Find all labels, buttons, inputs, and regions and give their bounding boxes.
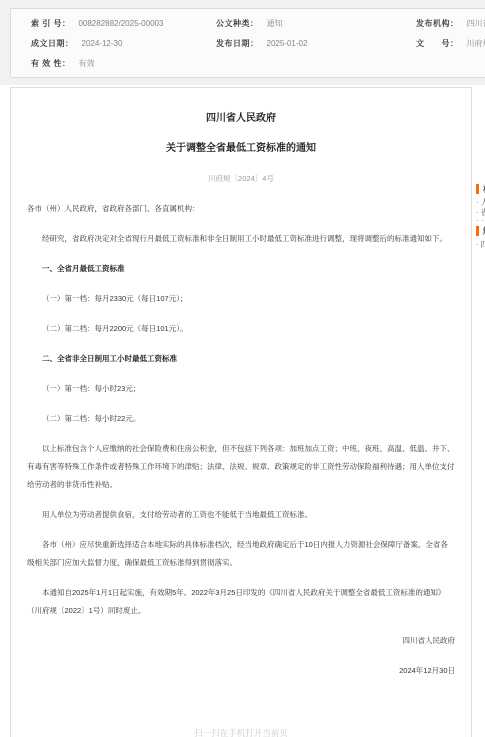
meta-field: 发布日期：2025-01-02 <box>216 33 416 53</box>
meta-field-label: 文 号： <box>416 38 459 49</box>
doc-paragraph-indent: 本通知自2025年1月1日起实施，有效期5年。2022年3月25日印发的《四川省… <box>27 584 455 620</box>
doc-paragraph-indent: 以上标准包含个人应缴纳的社会保险费和住房公积金，但不包括下列各项：加班加点工资；… <box>27 440 455 494</box>
section-accent-bar-icon <box>476 226 479 236</box>
meta-field-value: 2024-12-30 <box>82 39 123 48</box>
section-accent-bar-icon <box>476 184 479 194</box>
sidebar-section: 解四 <box>476 225 485 253</box>
meta-field-label: 发布日期： <box>216 38 259 49</box>
doc-paragraph-indent: 经研究，省政府决定对全省现行月最低工资标准和非全日制用工小时最低工资标准进行调整… <box>27 230 455 248</box>
doc-paragraph-indent: （一）第一档：每月2330元（每日107元）； <box>27 290 455 308</box>
scan-qr-footer-text: 扫一扫在手机打开当前页 <box>10 727 472 737</box>
sidebar-link[interactable]: 省 <box>476 208 485 218</box>
meta-field-label: 索 引 号： <box>31 18 70 29</box>
doc-paragraph-title: 四川省人民政府 <box>27 110 455 128</box>
meta-field-value: 008282882/2025-00003 <box>78 19 163 28</box>
sidebar-section-header: 解 <box>476 225 485 237</box>
doc-paragraph-signature: 四川省人民政府 <box>27 632 455 650</box>
doc-paragraph-title: 关于调整全省最低工资标准的通知 <box>27 140 455 158</box>
meta-field-value: 通知 <box>267 18 283 29</box>
sidebar-section-header: 相 <box>476 183 485 195</box>
doc-paragraph-heading: 一、全省月最低工资标准 <box>27 260 455 278</box>
doc-paragraph-plain: 各市（州）人民政府，省政府各部门、各直属机构： <box>27 200 455 218</box>
doc-paragraph-indent: （二）第二档：每小时22元。 <box>27 410 455 428</box>
meta-field: 成文日期：2024-12-30 <box>31 33 216 53</box>
meta-field: 发布机构：四川省人民政府 <box>416 13 485 33</box>
sidebar-link[interactable]: 人 <box>476 198 485 208</box>
meta-field: 索 引 号：008282882/2025-00003 <box>31 13 216 33</box>
doc-paragraph-indent: 用人单位为劳动者提供食宿，支付给劳动者的工资也不能低于当地最低工资标准。 <box>27 506 455 524</box>
meta-field-value: 2025-01-02 <box>267 39 308 48</box>
meta-field: 有 效 性：有效 <box>31 53 216 73</box>
doc-paragraph-heading: 二、全省非全日制用工小时最低工资标准 <box>27 350 455 368</box>
meta-field-label: 成文日期： <box>31 38 74 49</box>
doc-paragraph-date: 2024年12月30日 <box>27 662 455 680</box>
document-body: 四川省人民政府关于调整全省最低工资标准的通知川府规〔2024〕4号各市（州）人民… <box>10 87 472 737</box>
doc-paragraph-indent: （二）第二档：每月2200元（每日101元）。 <box>27 320 455 338</box>
sidebar-link[interactable]: 四 <box>476 240 485 250</box>
header-band: 索 引 号：008282882/2025-00003公文种类：通知发布机构：四川… <box>0 0 485 85</box>
meta-field-label: 发布机构： <box>416 18 459 29</box>
document-meta-table: 索 引 号：008282882/2025-00003公文种类：通知发布机构：四川… <box>10 8 485 78</box>
related-sidebar: 相人省解四 <box>476 183 485 257</box>
sidebar-section: 相人省 <box>476 183 485 221</box>
doc-paragraph-indent: 各市（州）应尽快重新选择适合本地实际的具体标准档次，经当地政府确定后于10日内报… <box>27 536 455 572</box>
meta-field-label: 有 效 性： <box>31 58 70 69</box>
meta-field-value: 四川省人民政府 <box>467 18 485 29</box>
meta-field: 文 号：川府规〔2024〕4号 <box>416 33 485 53</box>
doc-paragraph-docnum: 川府规〔2024〕4号 <box>27 170 455 188</box>
doc-paragraph-indent: （一）第一档：每小时23元； <box>27 380 455 398</box>
meta-field-label: 公文种类： <box>216 18 259 29</box>
meta-field: 公文种类：通知 <box>216 13 416 33</box>
meta-field-value: 川府规〔2024〕4号 <box>467 38 485 49</box>
meta-field-value: 有效 <box>78 58 94 69</box>
